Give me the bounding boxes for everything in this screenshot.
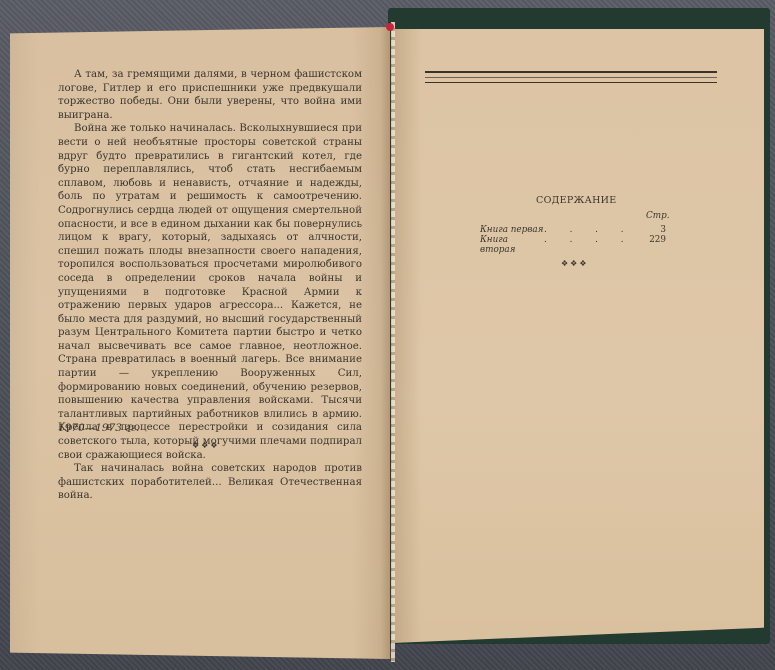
bookmark-ribbon bbox=[386, 23, 394, 31]
toc-entry[interactable]: Книга первая . . . . . . . 3 bbox=[480, 225, 666, 235]
toc-entry-page: 3 bbox=[642, 225, 666, 235]
toc-leader-dots: . . . . . . . bbox=[544, 235, 642, 255]
paragraph: Война же только начиналась. Всколыхнувши… bbox=[58, 122, 362, 462]
toc-entry-title: Книга первая bbox=[480, 225, 544, 235]
toc-title: СОДЕРЖАНИЕ bbox=[536, 195, 616, 206]
spine-stitching bbox=[391, 22, 395, 662]
left-page-text: А там, за гремящими далями, в черном фаш… bbox=[58, 68, 362, 503]
date-line: 1970—1973 гг. bbox=[58, 422, 139, 434]
toc-leader-dots: . . . . . . . bbox=[544, 225, 642, 235]
ornament-icon: ❖❖❖ bbox=[192, 441, 220, 450]
toc-entry-page: 229 bbox=[642, 235, 666, 255]
rule-line bbox=[425, 82, 717, 84]
paragraph: А там, за гремящими далями, в черном фаш… bbox=[58, 68, 362, 122]
rule-line bbox=[425, 77, 717, 78]
ornament-icon: ❖❖❖ bbox=[561, 259, 589, 268]
rule-line bbox=[425, 71, 717, 73]
toc-entry-title: Книга вторая bbox=[480, 235, 544, 255]
toc-entry[interactable]: Книга вторая . . . . . . . 229 bbox=[480, 235, 666, 255]
right-page bbox=[392, 29, 764, 643]
header-rules bbox=[425, 71, 717, 87]
page-column-label: Стр. bbox=[646, 211, 670, 221]
paragraph: Так начиналась война советских народов п… bbox=[58, 462, 362, 503]
